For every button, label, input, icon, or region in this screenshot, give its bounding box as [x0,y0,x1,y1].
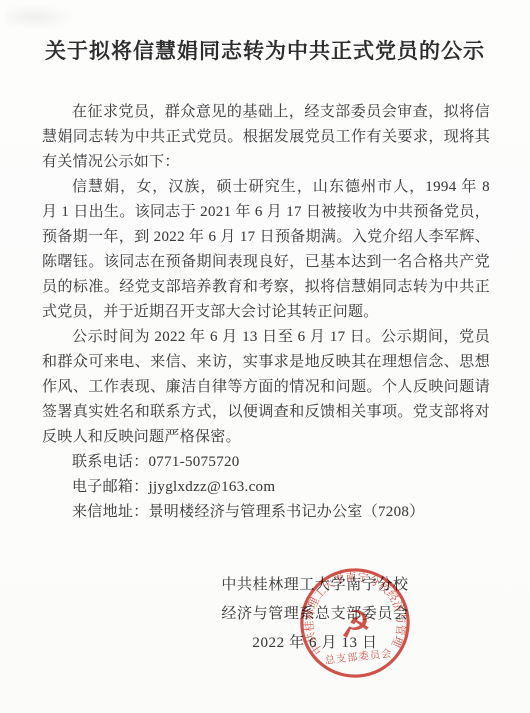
document-page: 关于拟将信慧娟同志转为中共正式党员的公示 在征求党员，群众意见的基础上，经支部委… [0,0,530,713]
paragraph-intro: 在征求党员，群众意见的基础上，经支部委员会审查，拟将信慧娟同志转为中共正式党员。… [42,100,490,175]
contact-phone: 联系电话：0771-5075720 [42,450,490,475]
signature-org-line2: 经济与管理系总支部委员会 [221,600,408,629]
page-title: 关于拟将信慧娟同志转为中共正式党员的公示 [36,38,494,66]
signature-org-line1: 中共桂林理工大学南宁分校 [221,571,408,600]
contact-address: 来信地址：景明楼经济与管理系书记办公室（7208） [42,500,490,525]
signature-date: 2022 年 6 月 13 日 [252,629,377,658]
paragraph-publicity-period: 公示时间为 2022 年 6 月 13 日至 6 月 17 日。公示期间，党员和… [42,325,490,450]
document-body: 在征求党员，群众意见的基础上，经支部委员会审查，拟将信慧娟同志转为中共正式党员。… [0,100,530,658]
paragraph-member-info: 信慧娟，女，汉族，硕士研究生，山东德州市人，1994 年 8 月 1 日出生。该… [42,175,490,325]
scan-artifact [6,4,76,30]
contact-email: 电子邮箱：jjyglxdzz@163.com [42,475,490,500]
signature-block: 中共桂林理工大学南宁分校 经济与管理系总支部委员会 2022 年 6 月 13 … [210,571,420,658]
